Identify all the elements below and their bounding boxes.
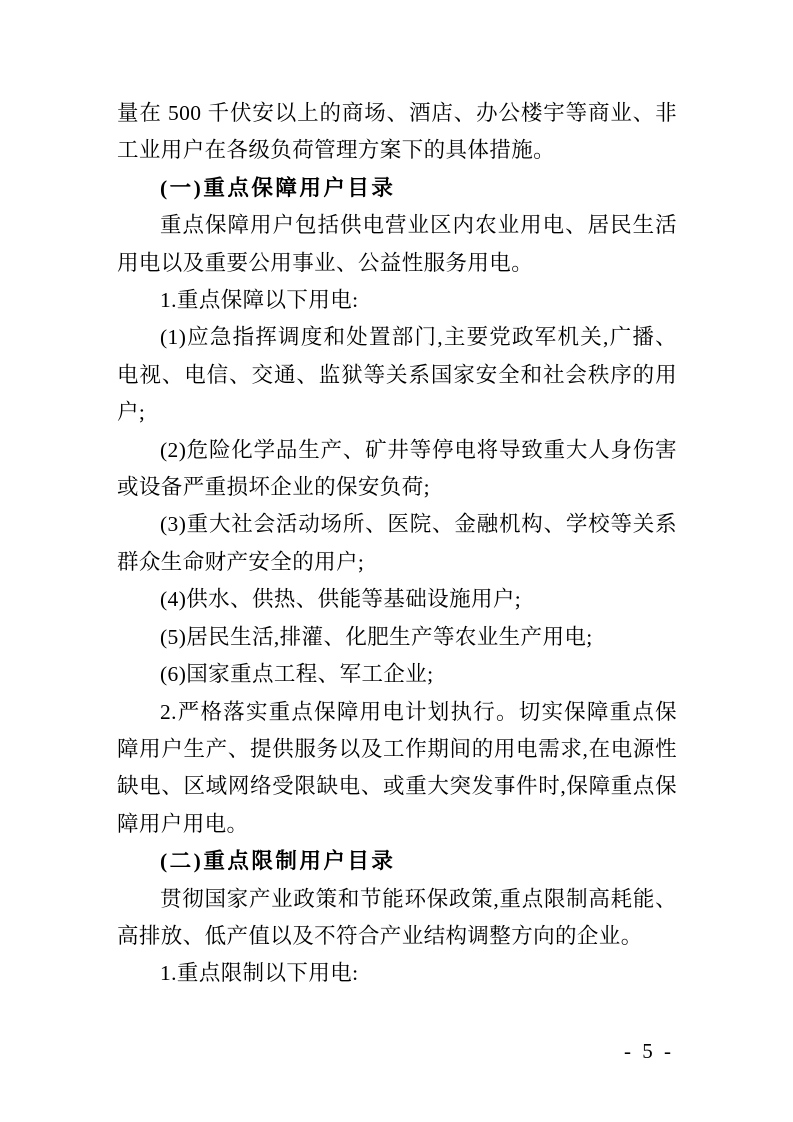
document-body: 量在 500 千伏安以上的商场、酒店、办公楼宇等商业、非工业用户在各级负荷管理方… [117, 95, 677, 993]
paragraph: 1.重点保障以下用电: [117, 282, 677, 319]
paragraph: 量在 500 千伏安以上的商场、酒店、办公楼宇等商业、非工业用户在各级负荷管理方… [117, 95, 677, 170]
paragraph: 2.严格落实重点保障用电计划执行。切实保障重点保障用户生产、提供服务以及工作期间… [117, 694, 677, 844]
paragraph: 贯彻国家产业政策和节能环保政策,重点限制高耗能、高排放、低产值以及不符合产业结构… [117, 881, 677, 956]
paragraph: (1)应急指挥调度和处置部门,主要党政军机关,广播、电视、电信、交通、监狱等关系… [117, 319, 677, 431]
paragraph: (4)供水、供热、供能等基础设施用户; [117, 581, 677, 618]
paragraph: (2)危险化学品生产、矿井等停电将导致重大人身伤害或设备严重损坏企业的保安负荷; [117, 432, 677, 507]
paragraph: (5)居民生活,排灌、化肥生产等农业生产用电; [117, 619, 677, 656]
page-number: - 5 - [624, 1039, 674, 1064]
section-heading: (一)重点保障用户目录 [117, 170, 677, 207]
document-page: 量在 500 千伏安以上的商场、酒店、办公楼宇等商业、非工业用户在各级负荷管理方… [0, 0, 793, 1122]
paragraph: 1.重点限制以下用电: [117, 955, 677, 992]
paragraph: (6)国家重点工程、军工企业; [117, 656, 677, 693]
paragraph: 重点保障用户包括供电营业区内农业用电、居民生活用电以及重要公用事业、公益性服务用… [117, 207, 677, 282]
section-heading: (二)重点限制用户目录 [117, 843, 677, 880]
paragraph: (3)重大社会活动场所、医院、金融机构、学校等关系群众生命财产安全的用户; [117, 506, 677, 581]
